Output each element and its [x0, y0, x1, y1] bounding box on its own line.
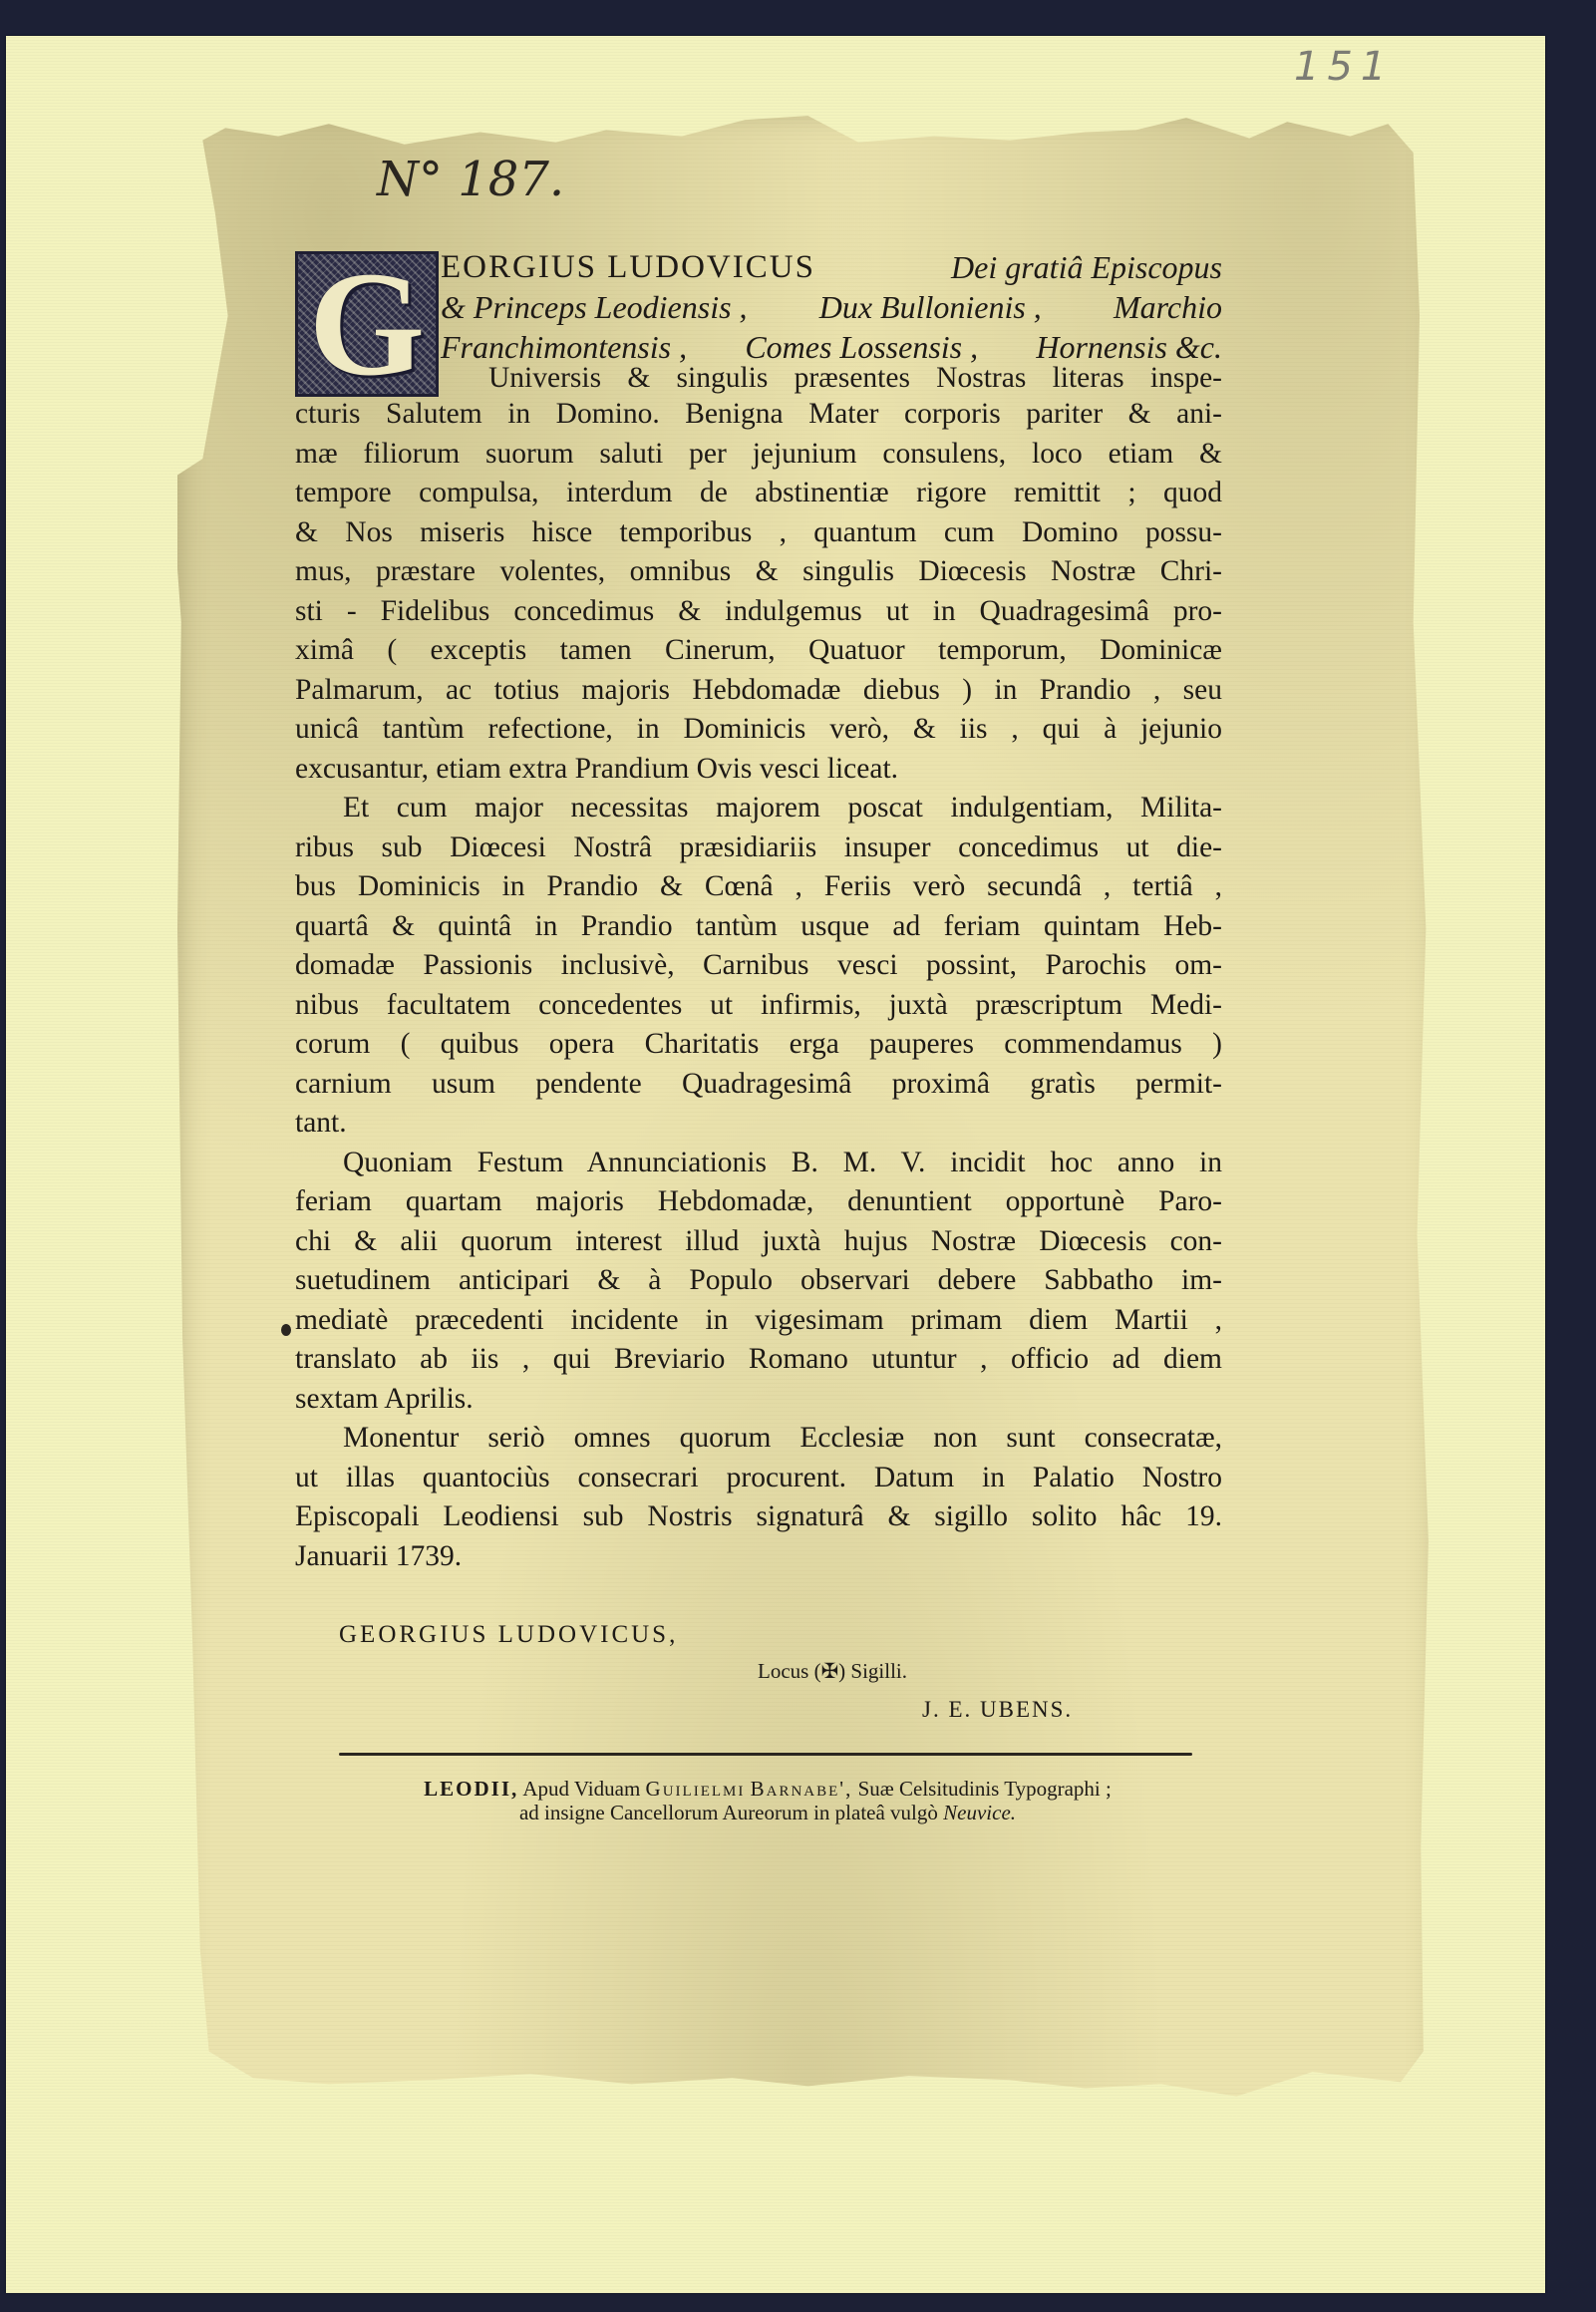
paragraph-4-consecration-and-date: Monentur seriò omnes quorum Ecclesiæ non…: [295, 1419, 1222, 1576]
paragraph-2-line: quartâ & quintâ in Prandio tantùm usque …: [295, 907, 1222, 947]
paragraph-2-line: corum ( quibus opera Charitatis erga pau…: [295, 1025, 1222, 1065]
paragraph-1-line: excusantur, etiam extra Prandium Ovis ve…: [295, 750, 1222, 790]
paragraph-2-line: nibus facultatem concedentes ut infirmis…: [295, 986, 1222, 1026]
title-marquis: Marchio: [1114, 287, 1222, 327]
heading-line-2: & Princeps Leodiensis , Dux Bullonienis …: [441, 287, 1222, 327]
paragraph-1: cturis Salutem in Domino. Benigna Mater …: [295, 395, 1222, 789]
ink-blot: [281, 1324, 291, 1336]
paragraph-4-line: Episcopali Leodiensi sub Nostris signatu…: [295, 1497, 1222, 1537]
handwritten-reference-number: N° 187.: [377, 152, 564, 207]
paragraph-1-line: mæ filiorum suorum saluti per jejunium c…: [295, 435, 1222, 475]
paragraph-2-line: bus Dominicis in Prandio & Cœnâ , Feriis…: [295, 867, 1222, 907]
paragraph-1-first-line-wrap: Universis & singulis præsentes Nostras l…: [441, 359, 1222, 399]
paragraph-4-line: Monentur seriò omnes quorum Ecclesiæ non…: [295, 1419, 1222, 1459]
imprint-city: LEODII,: [424, 1777, 518, 1801]
imprint-line-2: ad insigne Cancellorum Aureorum in plate…: [289, 1801, 1246, 1824]
paragraph-3-line: sextam Aprilis.: [295, 1380, 1222, 1420]
paragraph-2-line: domadæ Passionis inclusivè, Carnibus ves…: [295, 946, 1222, 986]
paragraph-1-line: ximâ ( exceptis tamen Cinerum, Quatuor t…: [295, 631, 1222, 671]
imprint-line-1: LEODII, Apud Viduam Guilielmi Barnabe', …: [289, 1777, 1246, 1801]
archive-folio-number: 151: [1294, 44, 1394, 90]
paragraph-2-line: carnium usum pendente Quadragesimâ proxi…: [295, 1065, 1222, 1105]
paragraph-3-line: feriam quartam majoris Hebdomadæ, denunt…: [295, 1182, 1222, 1222]
imprint-street: Neuvice.: [943, 1801, 1016, 1824]
decorated-initial-icon: G: [295, 251, 439, 397]
heading-line-1: EORGIUS LUDOVICUS Dei gratiâ Episcopus: [441, 247, 1222, 287]
seal-location: Locus (✠) Sigilli.: [758, 1659, 907, 1684]
initial-letter: G: [309, 249, 426, 399]
title-duke: Dux Bullonienis ,: [819, 287, 1042, 327]
document-text: G EORGIUS LUDOVICUS Dei gratiâ Episcopus…: [295, 247, 1222, 1576]
paragraph-3-line: translato ab iis , qui Breviario Romano …: [295, 1340, 1222, 1380]
printer-last-name: Barnabe',: [751, 1777, 853, 1801]
paragraph-3-line: suetudinem anticipari & à Populo observa…: [295, 1261, 1222, 1301]
paragraph-4-line: ut illas quantociùs consecrari procurent…: [295, 1459, 1222, 1498]
paragraph-2-line: ribus sub Diœcesi Nostrâ præsidiariis in…: [295, 828, 1222, 868]
document-heading: G EORGIUS LUDOVICUS Dei gratiâ Episcopus…: [295, 247, 1222, 395]
paragraph-2-line: tant.: [295, 1104, 1222, 1144]
paragraph-1-line: & Nos miseris hisce temporibus , quantum…: [295, 513, 1222, 553]
paragraph-3-line: Quoniam Festum Annunciationis B. M. V. i…: [295, 1144, 1222, 1183]
imprint-address: ad insigne Cancellorum Aureorum in plate…: [519, 1801, 938, 1824]
title-by-grace: Dei gratiâ Episcopus: [951, 247, 1222, 287]
paragraph-1-line: Universis & singulis præsentes Nostras l…: [441, 359, 1222, 399]
bishop-titles: EORGIUS LUDOVICUS Dei gratiâ Episcopus &…: [441, 247, 1222, 367]
imprint-title: Suæ Celsitudinis Typographi ;: [858, 1777, 1112, 1801]
title-prince: & Princeps Leodiensis ,: [441, 287, 748, 327]
divider-rule: [339, 1753, 1192, 1756]
paragraph-2-line: Et cum major necessitas majorem poscat i…: [295, 789, 1222, 828]
paragraph-2-military-dispensation: Et cum major necessitas majorem poscat i…: [295, 789, 1222, 1144]
bishop-name: EORGIUS LUDOVICUS: [441, 247, 815, 287]
paragraph-3-line: mediatè præcedenti incidente in vigesima…: [295, 1301, 1222, 1341]
paragraph-1-line: cturis Salutem in Domino. Benigna Mater …: [295, 395, 1222, 435]
printer-imprint: LEODII, Apud Viduam Guilielmi Barnabe', …: [289, 1777, 1246, 1824]
paragraph-3-annunciation: Quoniam Festum Annunciationis B. M. V. i…: [295, 1144, 1222, 1420]
paragraph-1-line: unicâ tantùm refectione, in Dominicis ve…: [295, 710, 1222, 750]
paragraph-4-line: Januarii 1739.: [295, 1537, 1222, 1577]
paragraph-1-line: mus, præstare volentes, omnibus & singul…: [295, 552, 1222, 592]
paragraph-1-line: Palmarum, ac totius majoris Hebdomadæ di…: [295, 671, 1222, 711]
paragraph-3-line: chi & alii quorum interest illud juxtà h…: [295, 1222, 1222, 1262]
printer-first-name: Guilielmi: [646, 1777, 746, 1801]
paragraph-1-line: tempore compulsa, interdum de abstinenti…: [295, 474, 1222, 513]
bishop-signature: GEORGIUS LUDOVICUS,: [339, 1621, 678, 1649]
secretary-signature: J. E. UBENS.: [922, 1697, 1073, 1723]
paragraph-1-line: sti - Fidelibus concedimus & indulgemus …: [295, 592, 1222, 632]
imprint-apud: Apud Viduam: [522, 1777, 640, 1801]
